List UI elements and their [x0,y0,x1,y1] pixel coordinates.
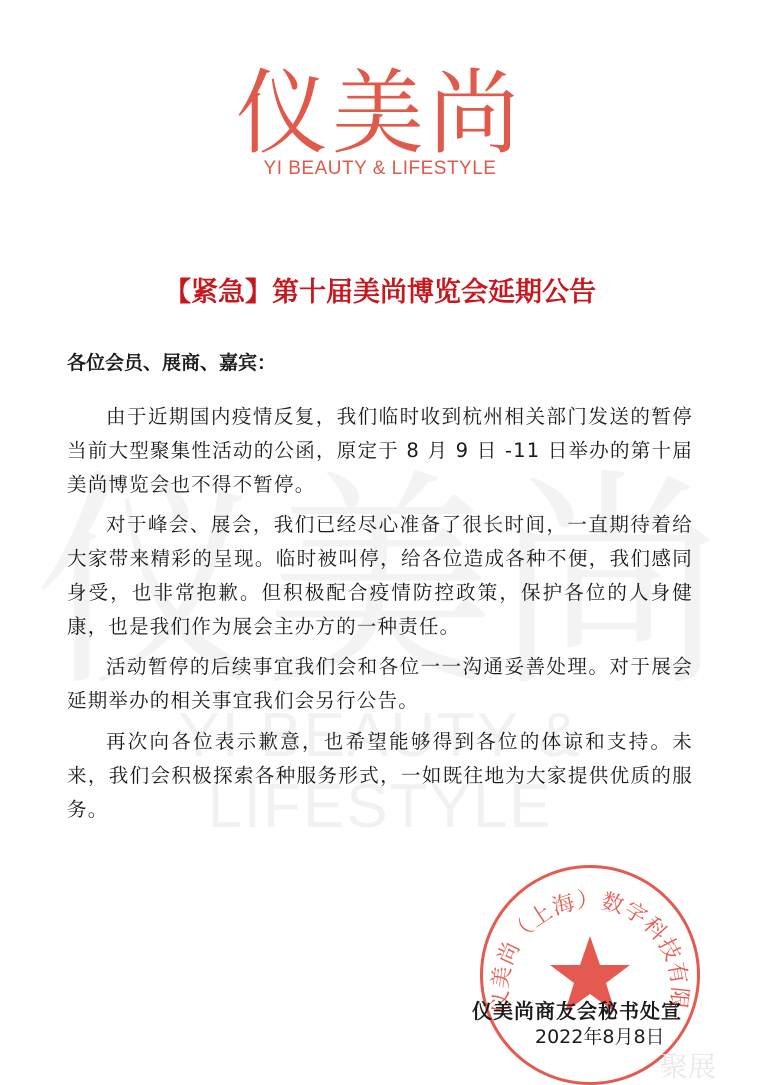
paragraph-1: 由于近期国内疫情反复，我们临时收到杭州相关部门发送的暂停当前大型聚集性活动的公函… [67,400,693,502]
signer-name: 仪美尚商友会秘书处宣 [472,995,682,1024]
brand-logo: 仪美尚 [0,68,760,160]
paragraph-3: 活动暂停的后续事宜我们会和各位一一沟通妥善处理。对于展会延期举办的相关事宜我们会… [67,650,693,718]
salutation: 各位会员、展商、嘉宾： [67,348,276,375]
paragraph-2: 对于峰会、展会，我们已经尽心准备了很长时间，一直期待着给大家带来精彩的呈现。临时… [67,508,693,644]
sign-date: 2022年8月8日 [535,1022,665,1049]
brand-tagline: YI BEAUTY & LIFESTYLE [0,158,760,180]
notice-title: 【紧急】第十届美尚博览会延期公告 [0,270,760,309]
paragraph-4: 再次向各位表示歉意，也希望能够得到各位的体谅和支持。未来，我们会积极探索各种服务… [67,725,693,827]
corner-watermark: 聚展 [660,1045,716,1085]
